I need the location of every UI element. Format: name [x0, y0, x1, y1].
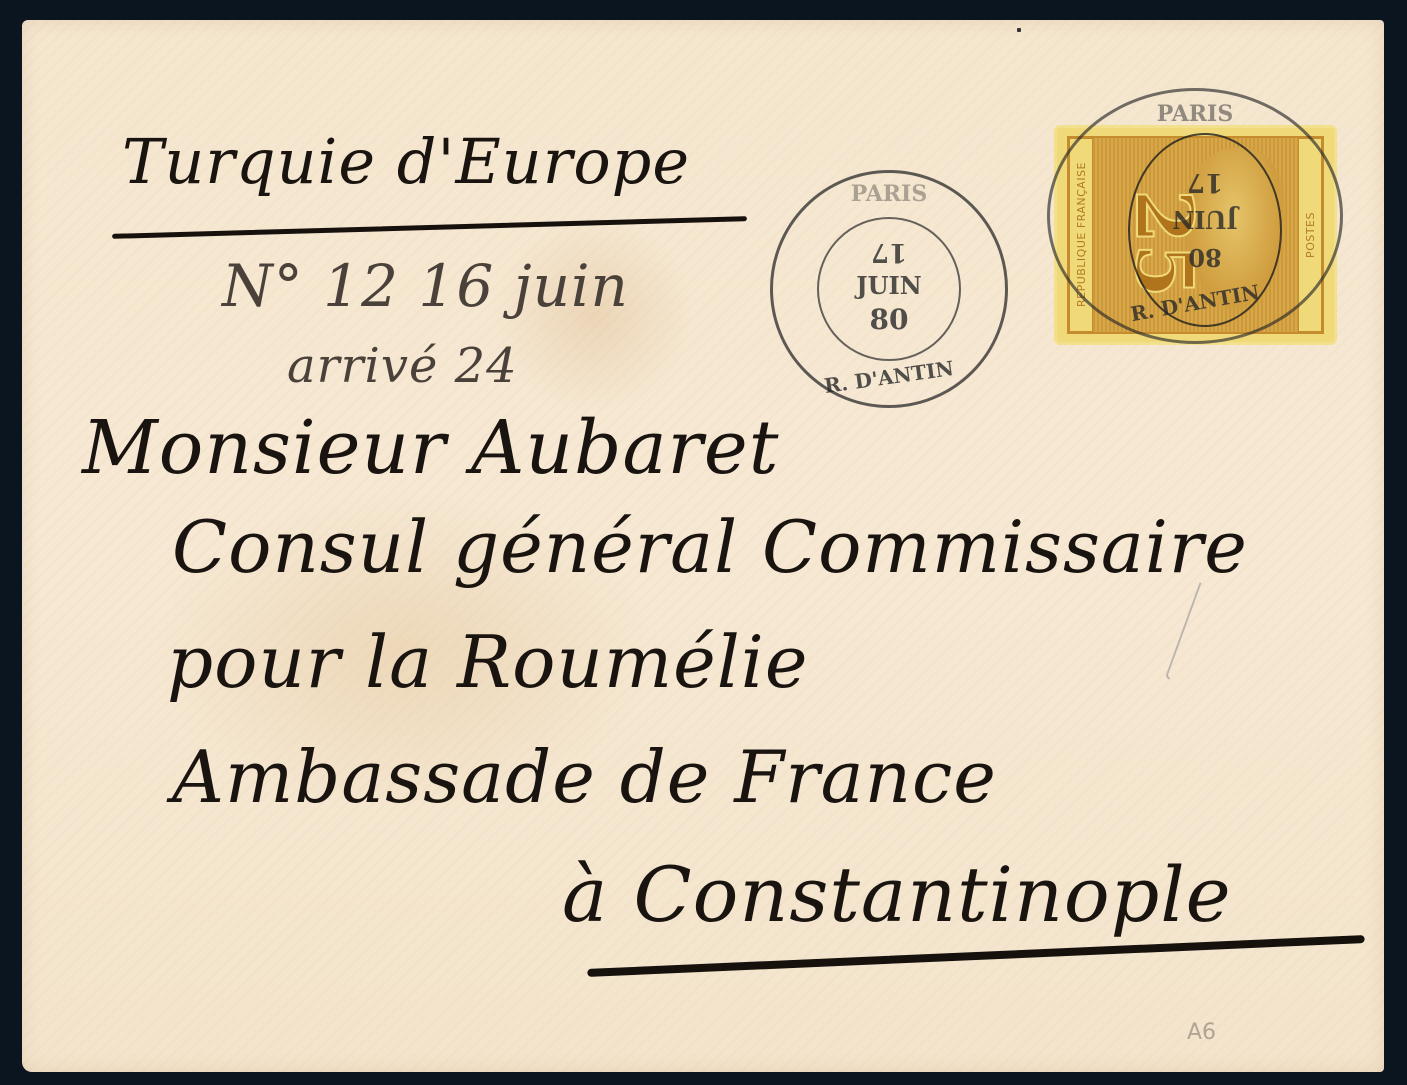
pencil-check-mark: [1165, 582, 1205, 680]
postmark-paris-rue-d-antin: PARIS 17 JUIN 80 R. D'ANTIN: [770, 170, 1008, 408]
postmark-month: JUIN: [819, 271, 959, 300]
postmark-day: 17: [819, 237, 959, 267]
postmark-stamp-cancel: PARIS 17 JUIN 80 R. D'ANTIN: [1047, 88, 1343, 344]
pencil-note: A6: [1187, 1020, 1216, 1045]
postmark-city: PARIS: [773, 181, 1005, 207]
postmark-year: 80: [1130, 243, 1280, 272]
address-salutation: Monsieur Aubaret: [82, 405, 779, 491]
address-line-embassy: Ambassade de France: [172, 735, 997, 819]
address-destination: à Constantinople: [562, 850, 1232, 939]
ink-speck: [1017, 28, 1021, 32]
envelope: Turquie d'Europe N° 12 16 juin arrivé 24…: [22, 20, 1384, 1072]
address-line-roumelie: pour la Roumélie: [167, 620, 808, 704]
routing-note-underline: [112, 216, 747, 239]
docket-arrival: arrivé 24: [287, 338, 518, 394]
postmark-city: PARIS: [1050, 101, 1340, 127]
postmark-inner-ring: 17 JUIN 80: [817, 217, 961, 361]
docket-number-date: N° 12 16 juin: [222, 252, 629, 320]
address-title: Consul général Commissaire: [172, 505, 1248, 589]
postmark-day: 17: [1130, 167, 1280, 197]
postmark-year: 80: [819, 303, 959, 336]
routing-note: Turquie d'Europe: [122, 125, 690, 198]
destination-underline: [587, 935, 1365, 977]
postmark-month: JUIN: [1130, 205, 1280, 234]
